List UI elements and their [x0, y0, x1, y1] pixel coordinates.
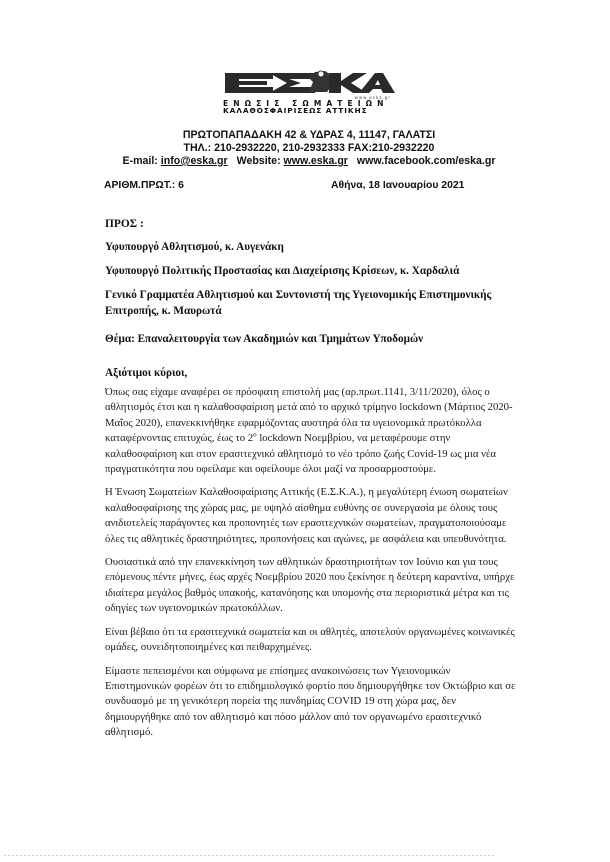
eska-logo-graphic-icon [223, 70, 395, 96]
paragraph: Είμαστε πεπεισμένοι και σύμφωνα με επίση… [105, 664, 517, 741]
recipient: Υφυπουργό Αθλητισμού, κ. Αυγενάκη [105, 240, 525, 256]
paragraph: Όπως σας είχαμε αναφέρει σε πρόσφατη επι… [105, 385, 517, 477]
protocol-number: ΑΡΙΘΜ.ΠΡΩΤ.: 6 [104, 180, 184, 191]
letter-page: www.eska.gr ΕΝΩΣΙΣ ΣΩΜΑΤΕΙΩΝ ΚΑΛΑΘΟΣΦΑΙΡ… [0, 0, 610, 862]
letter-subject: Θέμα: Επαναλειτουργία των Ακαδημιών και … [105, 333, 423, 345]
scan-artifact-divider [4, 855, 494, 856]
website-label: Website: [237, 155, 284, 167]
salutation: Αξιότιμοι κύριοι, [105, 367, 187, 379]
paragraph: Ουσιαστικά από την επανεκκίνηση των αθλη… [105, 555, 517, 617]
recipient: Υφυπουργό Πολιτικής Προστασίας και Διαχε… [105, 264, 525, 280]
letterhead-address: ΠΡΩΤΟΠΑΠΑΔΑΚΗ 42 & ΥΔΡΑΣ 4, 11147, ΓΑΛΑΤ… [4, 129, 610, 142]
letterhead-phones: ΤΗΛ.: 210-2932220, 210-2932333 FAX:210-2… [4, 142, 610, 155]
paragraph: Η Ένωση Σωματείων Καλαθοσφαίρισης Αττική… [105, 485, 517, 547]
logo-tagline-2: ΚΑΛΑΘΟΣΦΑΙΡΙΣΕΩΣ ΑΤΤΙΚΗΣ [223, 107, 395, 115]
recipients-label: ΠΡΟΣ : [105, 218, 144, 230]
facebook-link[interactable]: www.facebook.com/eska.gr [357, 155, 496, 167]
email-link[interactable]: info@eska.gr [161, 155, 228, 167]
eska-logo: www.eska.gr ΕΝΩΣΙΣ ΣΩΜΑΤΕΙΩΝ ΚΑΛΑΘΟΣΦΑΙΡ… [223, 70, 395, 114]
paragraph: Είναι βέβαιο ότι τα ερασιτεχνικά σωματεί… [105, 625, 517, 656]
letter-date: Αθήνα, 18 Ιανουαρίου 2021 [331, 180, 464, 191]
letter-body: Όπως σας είχαμε αναφέρει σε πρόσφατη επι… [105, 385, 517, 749]
letterhead-contacts: E-mail: info@eska.grWebsite: www.eska.gr… [4, 155, 610, 168]
email-label: E-mail: [123, 155, 161, 167]
recipient: Γενικό Γραμματέα Αθλητισμού και Συντονισ… [105, 288, 525, 319]
eska-logo-mark [223, 70, 395, 96]
website-link[interactable]: www.eska.gr [284, 155, 348, 167]
